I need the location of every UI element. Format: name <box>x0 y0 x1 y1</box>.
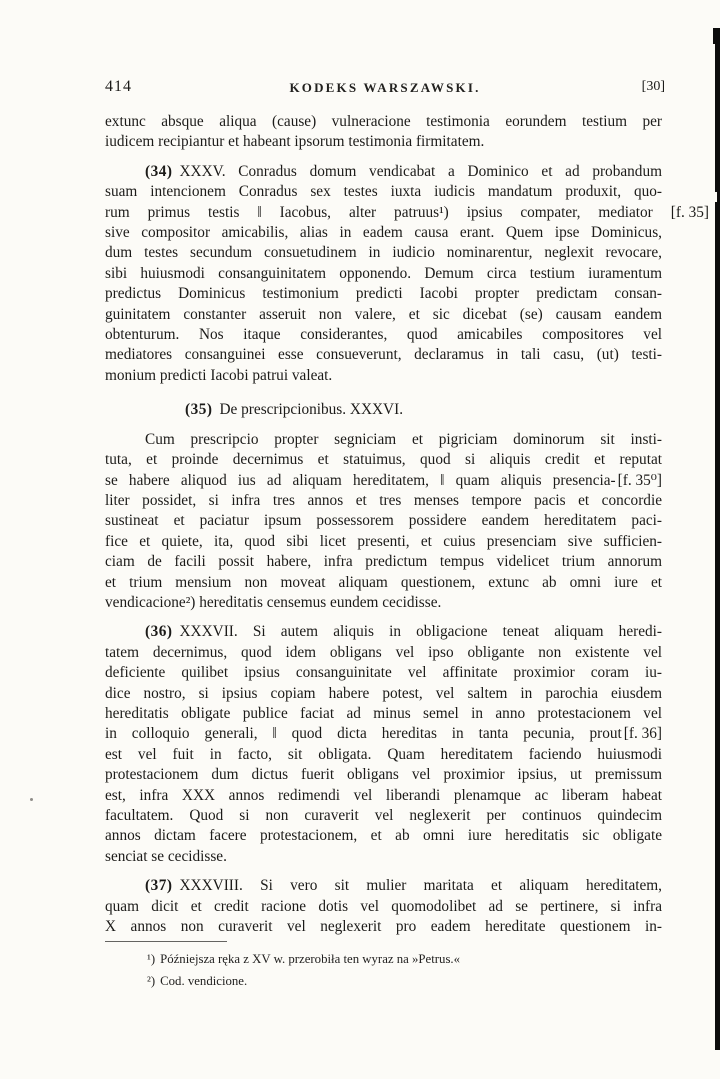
text-line: (34)XXXV. Conradus domum vendicabat a Do… <box>105 162 662 182</box>
line-text: monium predicti Iacobi patrui valeat. <box>105 366 662 386</box>
line-text-content: se habere aliquod ius ad aliquam heredit… <box>105 472 616 489</box>
line-text-content: dice nostro, si ipsius copiam habere pot… <box>105 685 662 702</box>
line-text: sibi huiusmodi consanguinitatem opponend… <box>105 264 662 284</box>
text-line: vendicacione²) hereditatis censemus eund… <box>105 593 662 613</box>
line-text-content: De prescripcionibus. XXXVI. <box>220 401 404 418</box>
line-text: iudicem recipiantur et habeant ipsorum t… <box>105 132 662 152</box>
line-text: sustineat et paciatur ipsum possessorem … <box>105 511 662 531</box>
line-text: mediatores consanguinei esse consueverun… <box>105 345 662 365</box>
line-text-content: est vel fuit in facto, sit obligata. Qua… <box>105 746 662 763</box>
text-line: dice nostro, si ipsius copiam habere pot… <box>105 684 662 704</box>
text-line: protestacionem dum dictus fuerit obligan… <box>105 765 662 785</box>
line-text: obtenturum. Nos itaque considerantes, qu… <box>105 325 662 345</box>
text-line: guinitatem constanter asseruit non valer… <box>105 305 662 325</box>
line-text: suam intencionem Conradus sex testes iux… <box>105 182 662 202</box>
text-line: (35)De prescripcionibus. XXXVI. <box>105 400 662 420</box>
line-text-content: facultatem. Quod si non curaverit vel ne… <box>105 807 662 824</box>
text-line: facultatem. Quod si non curaverit vel ne… <box>105 806 662 826</box>
text-line: hereditatis obligate publice faciat ad m… <box>105 704 662 724</box>
page-header: 414 KODEKS WARSZAWSKI. [30] <box>105 78 665 100</box>
book-page-scan: 414 KODEKS WARSZAWSKI. [30] extunc absqu… <box>0 0 720 1079</box>
line-text: quam dicit et credit racione dotis vel q… <box>105 897 662 917</box>
line-text-content: quam dicit et credit racione dotis vel q… <box>105 898 662 915</box>
text-line: rum primus testis ‖ Iacobus, alter patru… <box>105 203 662 223</box>
text-line: in colloquio generali, ‖ quod dicta here… <box>105 724 662 744</box>
text-line: et trium mensium non moveat aliquam ques… <box>105 573 662 593</box>
line-text-content: sibi huiusmodi consanguinitatem opponend… <box>105 265 662 282</box>
line-text-content: suam intencionem Conradus sex testes iux… <box>105 183 662 200</box>
line-text-content: ciam de facili possit habere, infra pred… <box>105 553 662 570</box>
text-line: X annos non curaverit vel neglexerit pro… <box>105 917 662 937</box>
paragraph: extunc absque aliqua (cause) vulneracion… <box>105 112 662 153</box>
line-text-content: rum primus testis ‖ Iacobus, alter patru… <box>105 204 653 221</box>
line-text: protestacionem dum dictus fuerit obligan… <box>105 765 662 785</box>
line-text: dum testes secundum consuetudinem in iud… <box>105 243 662 263</box>
line-text-content: et trium mensium non moveat aliquam ques… <box>105 574 662 591</box>
text-line: tatem decernimus, quod idem obligans vel… <box>105 643 662 663</box>
line-text: senciat se cecidisse. <box>105 847 662 867</box>
section-heading: (35)De prescripcionibus. XXXVI. <box>105 400 662 420</box>
line-text-content: tuta, et proinde decernimus et statuimus… <box>105 451 662 468</box>
paragraph: Cum prescripcio propter segniciam et pig… <box>105 430 662 614</box>
line-text: vendicacione²) hereditatis censemus eund… <box>105 593 662 613</box>
text-line: deficiente quilibet ipsius consanguinita… <box>105 663 662 683</box>
line-text: est vel fuit in facto, sit obligata. Qua… <box>105 745 662 765</box>
text-line: (36)XXXVII. Si autem aliquis in obligaci… <box>105 622 662 642</box>
line-text-content: X annos non curaverit vel neglexerit pro… <box>105 918 662 935</box>
text-line: senciat se cecidisse. <box>105 847 662 867</box>
line-text-content: senciat se cecidisse. <box>105 848 227 865</box>
folio-margin-note: [f. 35] <box>671 203 709 223</box>
line-text: annos dictam facere protestacionem, et a… <box>105 826 662 846</box>
line-text: ciam de facili possit habere, infra pred… <box>105 552 662 572</box>
footnote: ²)Cod. vendicione. <box>147 971 627 993</box>
line-text: (37)XXXVIII. Si vero sit mulier maritata… <box>145 876 662 896</box>
text-line: fice et quiete, ita, quod sibi licet pre… <box>105 532 662 552</box>
line-text-content: vendicacione²) hereditatis censemus eund… <box>105 594 441 611</box>
text-line: iudicem recipiantur et habeant ipsorum t… <box>105 132 662 152</box>
footnotes: ¹)Późniejsza ręka z XV w. przerobiła ten… <box>147 949 627 992</box>
line-text: rum primus testis ‖ Iacobus, alter patru… <box>105 203 669 223</box>
text-line: dum testes secundum consuetudinem in iud… <box>105 243 662 263</box>
line-text: guinitatem constanter asseruit non valer… <box>105 305 662 325</box>
text-line: est vel fuit in facto, sit obligata. Qua… <box>105 745 662 765</box>
line-text: facultatem. Quod si non curaverit vel ne… <box>105 806 662 826</box>
line-text: hereditatis obligate publice faciat ad m… <box>105 704 662 724</box>
line-text: deficiente quilibet ipsius consanguinita… <box>105 663 662 683</box>
line-text-content: guinitatem constanter asseruit non valer… <box>105 306 662 323</box>
scan-artifact-right-bar-top <box>713 28 720 44</box>
section-number: (35) <box>185 401 213 418</box>
text-line: tuta, et proinde decernimus et statuimus… <box>105 450 662 470</box>
line-text: et trium mensium non moveat aliquam ques… <box>105 573 662 593</box>
line-text-content: obtenturum. Nos itaque considerantes, qu… <box>105 326 662 343</box>
line-text-content: predictus Dominicus testimonium predicti… <box>105 285 662 302</box>
footnote: ¹)Późniejsza ręka z XV w. przerobiła ten… <box>147 949 627 971</box>
footnote-text: Cod. vendicione. <box>160 974 247 988</box>
line-text: predictus Dominicus testimonium predicti… <box>105 284 662 304</box>
running-title: KODEKS WARSZAWSKI. <box>289 80 480 96</box>
line-text: (36)XXXVII. Si autem aliquis in obligaci… <box>145 622 662 642</box>
line-text-content: deficiente quilibet ipsius consanguinita… <box>105 664 662 681</box>
line-text: est, infra XXX annos redimendi vel liber… <box>105 786 662 806</box>
line-text-content: extunc absque aliqua (cause) vulneracion… <box>105 113 662 130</box>
footnote-marker: ²) <box>147 974 155 988</box>
text-line: annos dictam facere protestacionem, et a… <box>105 826 662 846</box>
line-text-content: XXXVIII. Si vero sit mulier maritata et … <box>180 877 663 894</box>
line-text-content: annos dictam facere protestacionem, et a… <box>105 827 662 844</box>
line-text: Cum prescripcio propter segniciam et pig… <box>145 430 662 450</box>
scan-artifact-right-bar <box>715 28 720 1050</box>
line-text-content: hereditatis obligate publice faciat ad m… <box>105 705 662 722</box>
line-text-content: liter possidet, si infra tres annos et t… <box>105 492 662 509</box>
text-line: predictus Dominicus testimonium predicti… <box>105 284 662 304</box>
section-number: (37) <box>145 877 173 894</box>
text-line: obtenturum. Nos itaque considerantes, qu… <box>105 325 662 345</box>
folio-bracket-number: [30] <box>642 79 665 95</box>
main-text-column: extunc absque aliqua (cause) vulneracion… <box>105 112 662 937</box>
text-line: se habere aliquod ius ad aliquam heredit… <box>105 471 662 491</box>
line-text: fice et quiete, ita, quod sibi licet pre… <box>105 532 662 552</box>
page-number: 414 <box>105 78 132 96</box>
text-line: extunc absque aliqua (cause) vulneracion… <box>105 112 662 132</box>
folio-margin-note: [f. 36] <box>624 724 662 744</box>
text-line: quam dicit et credit racione dotis vel q… <box>105 897 662 917</box>
text-line: sibi huiusmodi consanguinitatem opponend… <box>105 264 662 284</box>
text-line: mediatores consanguinei esse consueverun… <box>105 345 662 365</box>
text-line: monium predicti Iacobi patrui valeat. <box>105 366 662 386</box>
text-line: suam intencionem Conradus sex testes iux… <box>105 182 662 202</box>
line-text-content: mediatores consanguinei esse consueverun… <box>105 346 662 363</box>
text-line: liter possidet, si infra tres annos et t… <box>105 491 662 511</box>
text-line: Cum prescripcio propter segniciam et pig… <box>105 430 662 450</box>
line-text: (35)De prescripcionibus. XXXVI. <box>185 400 403 420</box>
line-text-content: XXXVII. Si autem aliquis in obligacione … <box>180 623 663 640</box>
line-text-content: est, infra XXX annos redimendi vel liber… <box>105 787 662 804</box>
line-text: dice nostro, si ipsius copiam habere pot… <box>105 684 662 704</box>
line-text-content: sustineat et paciatur ipsum possessorem … <box>105 512 662 529</box>
line-text-content: iudicem recipiantur et habeant ipsorum t… <box>105 133 484 150</box>
footnote-text: Późniejsza ręka z XV w. przerobiła ten w… <box>160 952 460 966</box>
line-text: X annos non curaverit vel neglexerit pro… <box>105 917 662 937</box>
text-line: sive compositor amicabilis, alias in ead… <box>105 223 662 243</box>
line-text-content: tatem decernimus, quod idem obligans vel… <box>105 644 662 661</box>
line-text-content: sive compositor amicabilis, alias in ead… <box>105 224 662 241</box>
text-line: est, infra XXX annos redimendi vel liber… <box>105 786 662 806</box>
line-text: tuta, et proinde decernimus et statuimus… <box>105 450 662 470</box>
scan-artifact-bar-notch <box>715 192 717 202</box>
line-text: sive compositor amicabilis, alias in ead… <box>105 223 662 243</box>
line-text: (34)XXXV. Conradus domum vendicabat a Do… <box>145 162 662 182</box>
paragraph: (37)XXXVIII. Si vero sit mulier maritata… <box>105 876 662 937</box>
line-text-content: in colloquio generali, ‖ quod dicta here… <box>105 725 622 742</box>
line-text-content: XXXV. Conradus domum vendicabat a Domini… <box>180 163 663 180</box>
footnote-marker: ¹) <box>147 952 155 966</box>
line-text: tatem decernimus, quod idem obligans vel… <box>105 643 662 663</box>
scan-artifact-speck <box>30 798 33 801</box>
footnote-rule <box>105 941 227 942</box>
text-line: sustineat et paciatur ipsum possessorem … <box>105 511 662 531</box>
line-text: extunc absque aliqua (cause) vulneracion… <box>105 112 662 132</box>
line-text-content: protestacionem dum dictus fuerit obligan… <box>105 766 662 783</box>
line-text-content: Cum prescripcio propter segniciam et pig… <box>145 431 662 448</box>
paragraph: (36)XXXVII. Si autem aliquis in obligaci… <box>105 622 662 867</box>
line-text-content: fice et quiete, ita, quod sibi licet pre… <box>105 533 662 550</box>
folio-margin-note: [f. 35⁰] <box>618 471 662 491</box>
section-number: (36) <box>145 623 173 640</box>
line-text: in colloquio generali, ‖ quod dicta here… <box>105 724 622 744</box>
line-text-content: dum testes secundum consuetudinem in iud… <box>105 244 662 261</box>
paragraph: (34)XXXV. Conradus domum vendicabat a Do… <box>105 162 662 386</box>
line-text: liter possidet, si infra tres annos et t… <box>105 491 662 511</box>
text-line: ciam de facili possit habere, infra pred… <box>105 552 662 572</box>
text-line: (37)XXXVIII. Si vero sit mulier maritata… <box>105 876 662 896</box>
line-text: se habere aliquod ius ad aliquam heredit… <box>105 471 616 491</box>
section-number: (34) <box>145 163 173 180</box>
line-text-content: monium predicti Iacobi patrui valeat. <box>105 367 332 384</box>
